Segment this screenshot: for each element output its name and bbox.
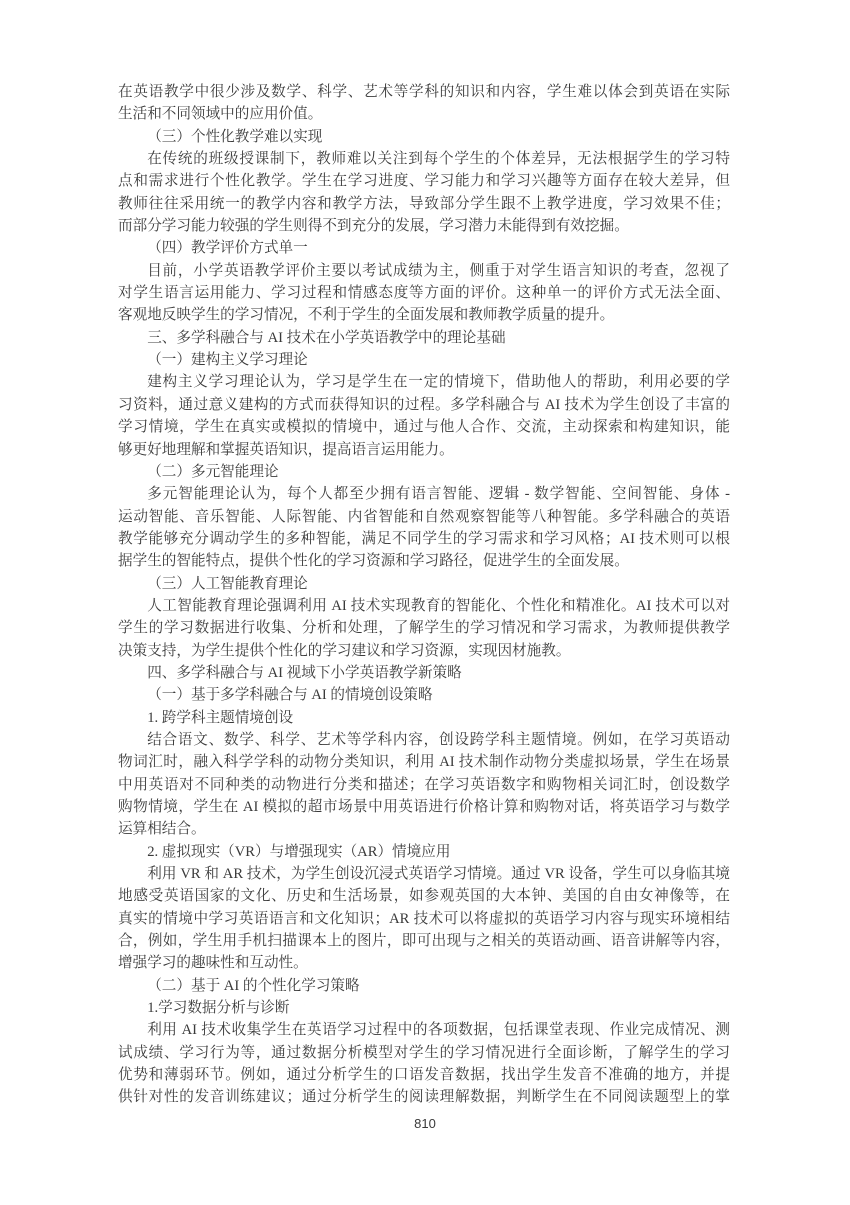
- body-line: 够更好地理解和掌握英语知识，提高语言运用能力。: [118, 439, 730, 461]
- heading-line: （二）多元智能理论: [118, 461, 730, 483]
- body-line: 购物情境，学生在 AI 模拟的超市场景中用英语进行价格计算和购物对话，将英语学习…: [118, 796, 730, 818]
- body-line: 学生的学习数据进行收集、分析和处理，了解学生的学习情况和学习需求，为教师提供教学: [118, 617, 730, 639]
- body-line: 供针对性的发音训练建议；通过分析学生的阅读理解数据，判断学生在不同阅读题型上的掌: [118, 1086, 730, 1108]
- heading-line: （三）个性化教学难以实现: [118, 126, 730, 148]
- body-line: 人工智能教育理论强调利用 AI 技术实现教育的智能化、个性化和精准化。AI 技术…: [118, 595, 730, 617]
- body-line: 教师往往采用统一的教学内容和教学方法，导致部分学生跟不上教学进度，学习效果不佳；: [118, 193, 730, 215]
- body-line: 利用 VR 和 AR 技术，为学生创设沉浸式英语学习情境。通过 VR 设备，学生…: [118, 863, 730, 885]
- body-line: 据学生的智能特点，提供个性化的学习资源和学习路径，促进学生的全面发展。: [118, 550, 730, 572]
- body-line: 目前，小学英语教学评价主要以考试成绩为主，侧重于对学生语言知识的考查，忽视了: [118, 260, 730, 282]
- heading-line: （三）人工智能教育理论: [118, 573, 730, 595]
- body-line: 而部分学习能力较强的学生则得不到充分的发展，学习潜力未能得到有效挖掘。: [118, 215, 730, 237]
- body-line: 决策支持，为学生提供个性化的学习建议和学习资源，实现因材施教。: [118, 640, 730, 662]
- body-line: 地感受英语国家的文化、历史和生活场景，如参观英国的大本钟、美国的自由女神像等，在: [118, 885, 730, 907]
- body-line: 习资料，通过意义建构的方式而获得知识的过程。多学科融合与 AI 技术为学生创设了…: [118, 394, 730, 416]
- body-line: 增强学习的趣味性和互动性。: [118, 952, 730, 974]
- body-line: 点和需求进行个性化教学。学生在学习进度、学习能力和学习兴趣等方面存在较大差异，但: [118, 170, 730, 192]
- heading-line: 2. 虚拟现实（VR）与增强现实（AR）情境应用: [118, 841, 730, 863]
- body-line: 对学生语言运用能力、学习过程和情感态度等方面的评价。这种单一的评价方式无法全面、: [118, 282, 730, 304]
- heading-line: 1. 跨学科主题情境创设: [118, 707, 730, 729]
- body-line: 学习情境，学生在真实或模拟的情境中，通过与他人合作、交流，主动探索和构建知识，能: [118, 416, 730, 438]
- page-number: 810: [0, 1114, 850, 1134]
- body-line: 结合语文、数学、科学、艺术等学科内容，创设跨学科主题情境。例如，在学习英语动: [118, 729, 730, 751]
- heading-line: （二）基于 AI 的个性化学习策略: [118, 975, 730, 997]
- document-page: 在英语教学中很少涉及数学、科学、艺术等学科的知识和内容，学生难以体会到英语在实际…: [0, 0, 850, 1205]
- body-line: 生活和不同领域中的应用价值。: [118, 103, 730, 125]
- body-line: 合，例如，学生用手机扫描课本上的图片，即可出现与之相关的英语动画、语音讲解等内容…: [118, 930, 730, 952]
- body-line: 真实的情境中学习英语语言和文化知识；AR 技术可以将虚拟的英语学习内容与现实环境…: [118, 908, 730, 930]
- body-line: 教学能够充分调动学生的多种智能，满足不同学生的学习需求和学习风格；AI 技术则可…: [118, 528, 730, 550]
- body-line: 多元智能理论认为，每个人都至少拥有语言智能、逻辑 - 数学智能、空间智能、身体 …: [118, 483, 730, 505]
- body-line: 在英语教学中很少涉及数学、科学、艺术等学科的知识和内容，学生难以体会到英语在实际: [118, 81, 730, 103]
- body-line: 物词汇时，融入科学学科的动物分类知识，利用 AI 技术制作动物分类虚拟场景，学生…: [118, 751, 730, 773]
- heading-line: 1.学习数据分析与诊断: [118, 997, 730, 1019]
- heading-line: 四、多学科融合与 AI 视域下小学英语教学新策略: [118, 662, 730, 684]
- body-line: 运算相结合。: [118, 818, 730, 840]
- body-line: 在传统的班级授课制下，教师难以关注到每个学生的个体差异，无法根据学生的学习特: [118, 148, 730, 170]
- body-line: 运动智能、音乐智能、人际智能、内省智能和自然观察智能等八种智能。多学科融合的英语: [118, 506, 730, 528]
- body-line: 优势和薄弱环节。例如，通过分析学生的口语发音数据，找出学生发音不准确的地方，并提: [118, 1064, 730, 1086]
- heading-line: （一）建构主义学习理论: [118, 349, 730, 371]
- heading-line: （四）教学评价方式单一: [118, 237, 730, 259]
- body-line: 试成绩、学习行为等，通过数据分析模型对学生的学习情况进行全面诊断，了解学生的学习: [118, 1042, 730, 1064]
- body-line: 中用英语对不同种类的动物进行分类和描述；在学习英语数字和购物相关词汇时，创设数学: [118, 774, 730, 796]
- heading-line: （一）基于多学科融合与 AI 的情境创设策略: [118, 684, 730, 706]
- document-body: 在英语教学中很少涉及数学、科学、艺术等学科的知识和内容，学生难以体会到英语在实际…: [118, 81, 730, 1109]
- body-line: 客观地反映学生的学习情况，不利于学生的全面发展和教师教学质量的提升。: [118, 304, 730, 326]
- body-line: 利用 AI 技术收集学生在英语学习过程中的各项数据，包括课堂表现、作业完成情况、…: [118, 1019, 730, 1041]
- body-line: 建构主义学习理论认为，学习是学生在一定的情境下，借助他人的帮助，利用必要的学: [118, 371, 730, 393]
- heading-line: 三、多学科融合与 AI 技术在小学英语教学中的理论基础: [118, 327, 730, 349]
